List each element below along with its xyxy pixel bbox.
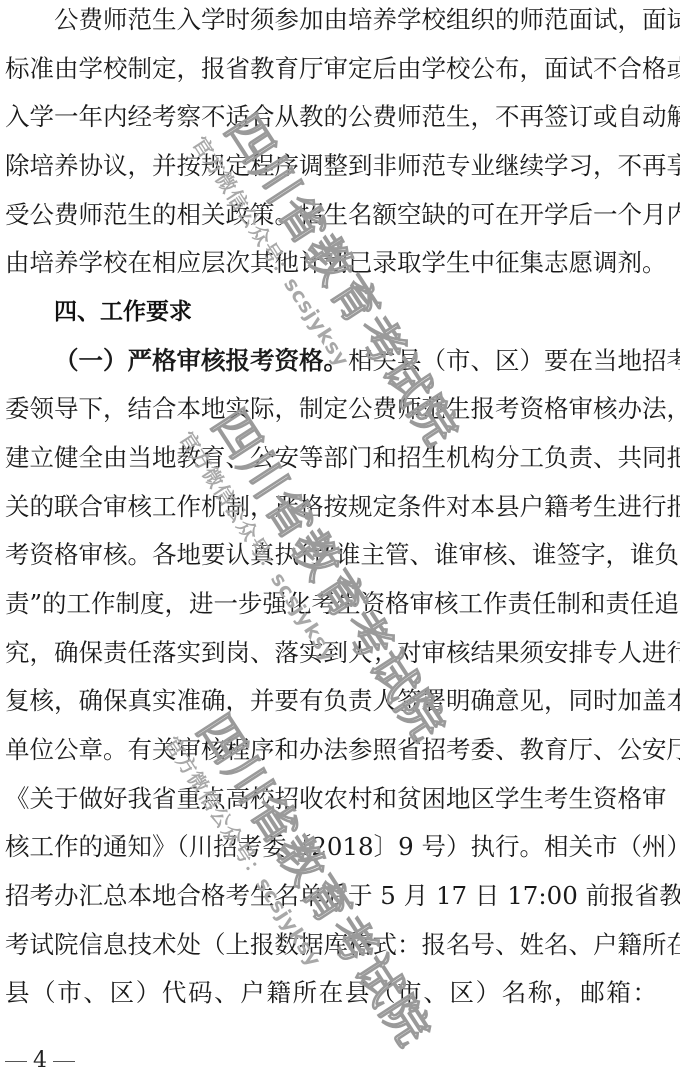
paragraph-line: 县（市、区）代码、户籍所在县（市、区）名称，邮箱： (5, 978, 657, 1008)
page-number-value: 4 (33, 1048, 47, 1073)
paragraph-line: 关的联合审核工作机制，严格按规定条件对本县户籍考生进行报 (5, 492, 657, 522)
document-page: 公费师范生入学时须参加由培养学校组织的师范面试，面试 标准由学校制定，报省教育厅… (0, 0, 680, 1074)
subsection-first-line: （一）严格审核报考资格。相关县（市、区）要在当地招考 (54, 346, 657, 376)
paragraph-line: 招考办汇总本地合格考生名单后于 5 月 17 日 17:00 前报省教育 (5, 881, 657, 911)
paragraph-line: 建立健全由当地教育、公安等部门和招生机构分工负责、共同把 (5, 443, 657, 473)
section-heading: 四、工作要求 (54, 297, 192, 327)
paragraph-line: 由培养学校在相应层次其他计划已录取学生中征集志愿调剂。 (5, 248, 657, 278)
paragraph-line: 考试院信息技术处（上报数据库格式：报名号、姓名、户籍所在 (5, 930, 657, 960)
dash-left (5, 1061, 27, 1062)
page-number: 4 (5, 1048, 81, 1074)
paragraph-line: 责”的工作制度，进一步强化考生资格审核工作责任制和责任追 (5, 589, 657, 619)
subsection-first-line-text: 相关县（市、区）要在当地招考 (348, 346, 680, 375)
paragraph-line: 标准由学校制定，报省教育厅审定后由学校公布，面试不合格或 (5, 54, 657, 84)
paragraph-line: 受公费师范生的相关政策。招生名额空缺的可在开学后一个月内 (5, 200, 657, 230)
paragraph-line: 《关于做好我省重点高校招收农村和贫困地区学生考生资格审 (5, 784, 657, 814)
paragraph-line: 委领导下，结合本地实际，制定公费师范生报考资格审核办法， (5, 394, 657, 424)
paragraph-line: 入学一年内经考察不适合从教的公费师范生，不再签订或自动解 (5, 102, 657, 132)
paragraph-line: 究，确保责任落实到岗、落实到人；对审核结果须安排专人进行 (5, 638, 657, 668)
paragraph-line: 考资格审核。各地要认真执行“谁主管、谁审核、谁签字，谁负 (5, 540, 657, 570)
paragraph-line: 核工作的通知》（川招考委〔2018〕9 号）执行。相关市（州） (5, 832, 657, 862)
paragraph-line: 单位公章。有关审核程序和办法参照省招考委、教育厅、公安厅 (5, 735, 657, 765)
paragraph-line: 复核，确保真实准确，并要有负责人签署明确意见，同时加盖本 (5, 686, 657, 716)
paragraph-line: 公费师范生入学时须参加由培养学校组织的师范面试，面试 (54, 5, 657, 35)
paragraph-line: 除培养协议，并按规定程序调整到非师范专业继续学习，不再享 (5, 151, 657, 181)
dash-right (53, 1061, 75, 1062)
subsection-title: （一）严格审核报考资格。 (54, 346, 348, 375)
